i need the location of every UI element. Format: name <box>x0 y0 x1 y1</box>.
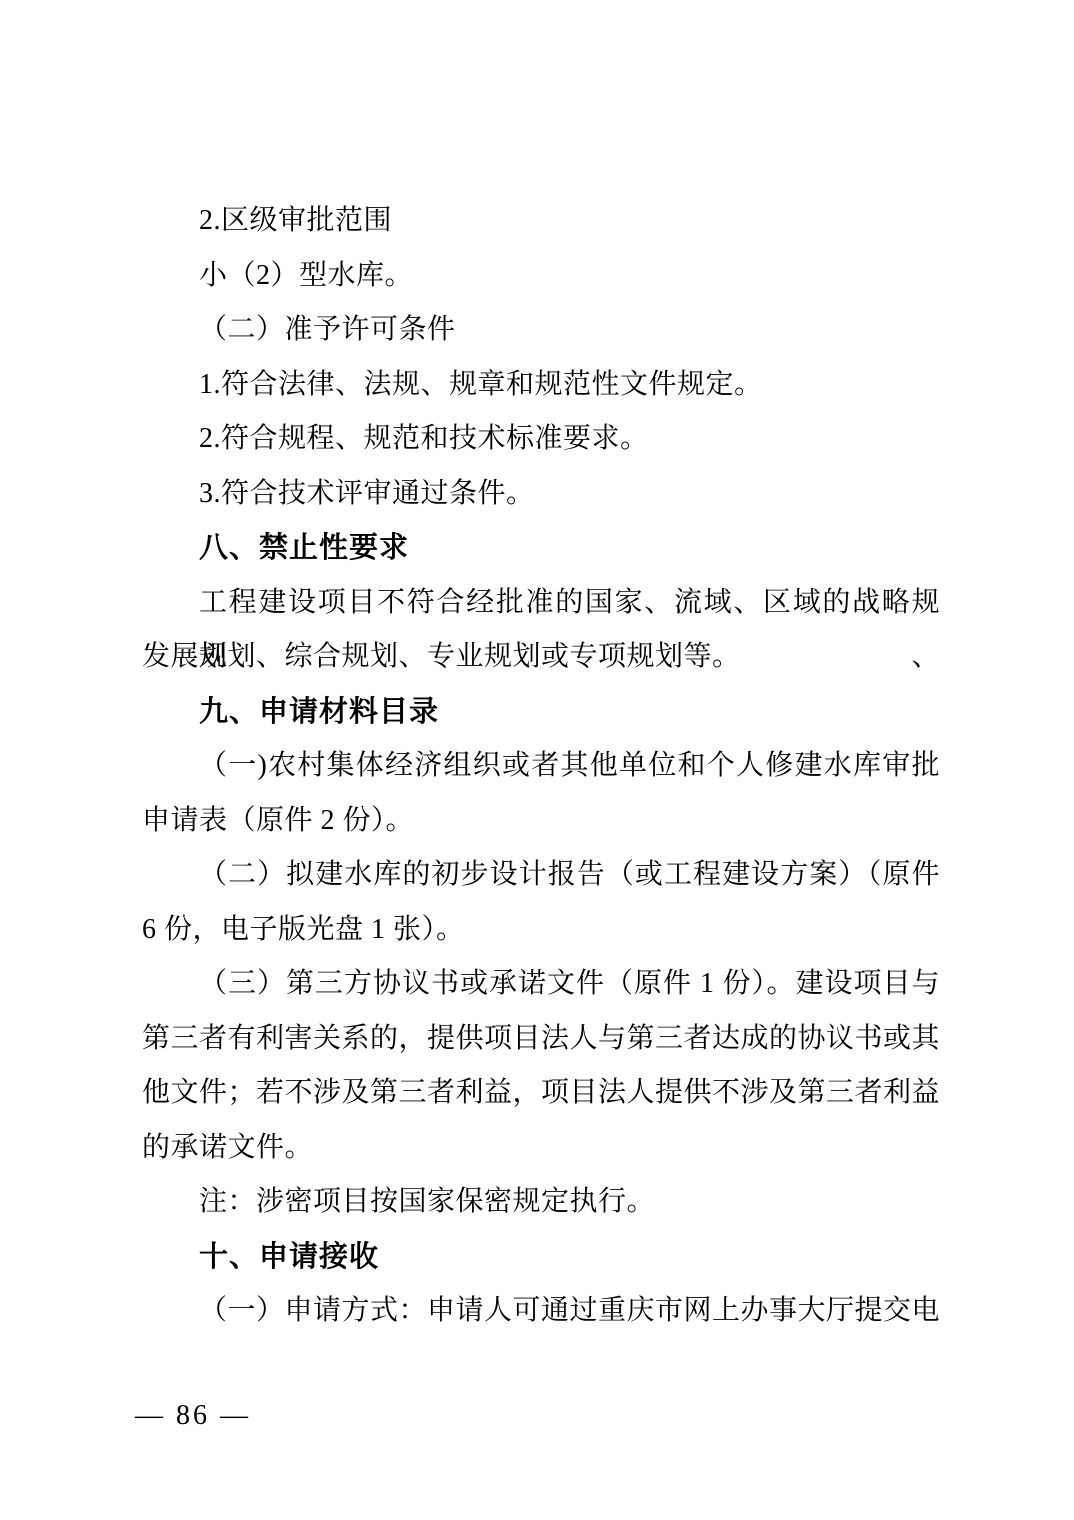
text-line: （二）拟建水库的初步设计报告（或工程建设方案）（原件 <box>142 848 940 903</box>
text-line: 1.符合法律、法规、规章和规范性文件规定。 <box>142 358 940 413</box>
section-heading-9: 九、申请材料目录 <box>142 685 940 740</box>
text-line: 第三者有利害关系的，提供项目法人与第三者达成的协议书或其 <box>142 1012 940 1067</box>
text-line: 工程建设项目不符合经批准的国家、流域、区域的战略规划、 <box>142 576 940 631</box>
document-body: 2.区级审批范围 小（2）型水库。 （二）准予许可条件 1.符合法律、法规、规章… <box>142 194 940 1339</box>
text-line: 6 份，电子版光盘 1 张）。 <box>142 903 940 958</box>
note-line: 注：涉密项目按国家保密规定执行。 <box>142 1175 940 1230</box>
text-line: 申请表（原件 2 份）。 <box>142 794 940 849</box>
text-line: 小（2）型水库。 <box>142 249 940 304</box>
page-number: — 86 — <box>135 1400 251 1432</box>
text-line: （一）申请方式：申请人可通过重庆市网上办事大厅提交电 <box>142 1284 940 1339</box>
text-line: 2.区级审批范围 <box>142 194 940 249</box>
text-line: （二）准予许可条件 <box>142 303 940 358</box>
text-line: 的承诺文件。 <box>142 1121 940 1176</box>
text-line: （三）第三方协议书或承诺文件（原件 1 份）。建设项目与 <box>142 957 940 1012</box>
section-heading-8: 八、禁止性要求 <box>142 521 940 576</box>
section-heading-10: 十、申请接收 <box>142 1230 940 1285</box>
text-line: 2.符合规程、规范和技术标准要求。 <box>142 412 940 467</box>
text-line: （一)农村集体经济组织或者其他单位和个人修建水库审批 <box>142 739 940 794</box>
text-line: 3.符合技术评审通过条件。 <box>142 467 940 522</box>
document-page: 2.区级审批范围 小（2）型水库。 （二）准予许可条件 1.符合法律、法规、规章… <box>0 0 1074 1520</box>
text-line: 他文件；若不涉及第三者利益，项目法人提供不涉及第三者利益 <box>142 1066 940 1121</box>
